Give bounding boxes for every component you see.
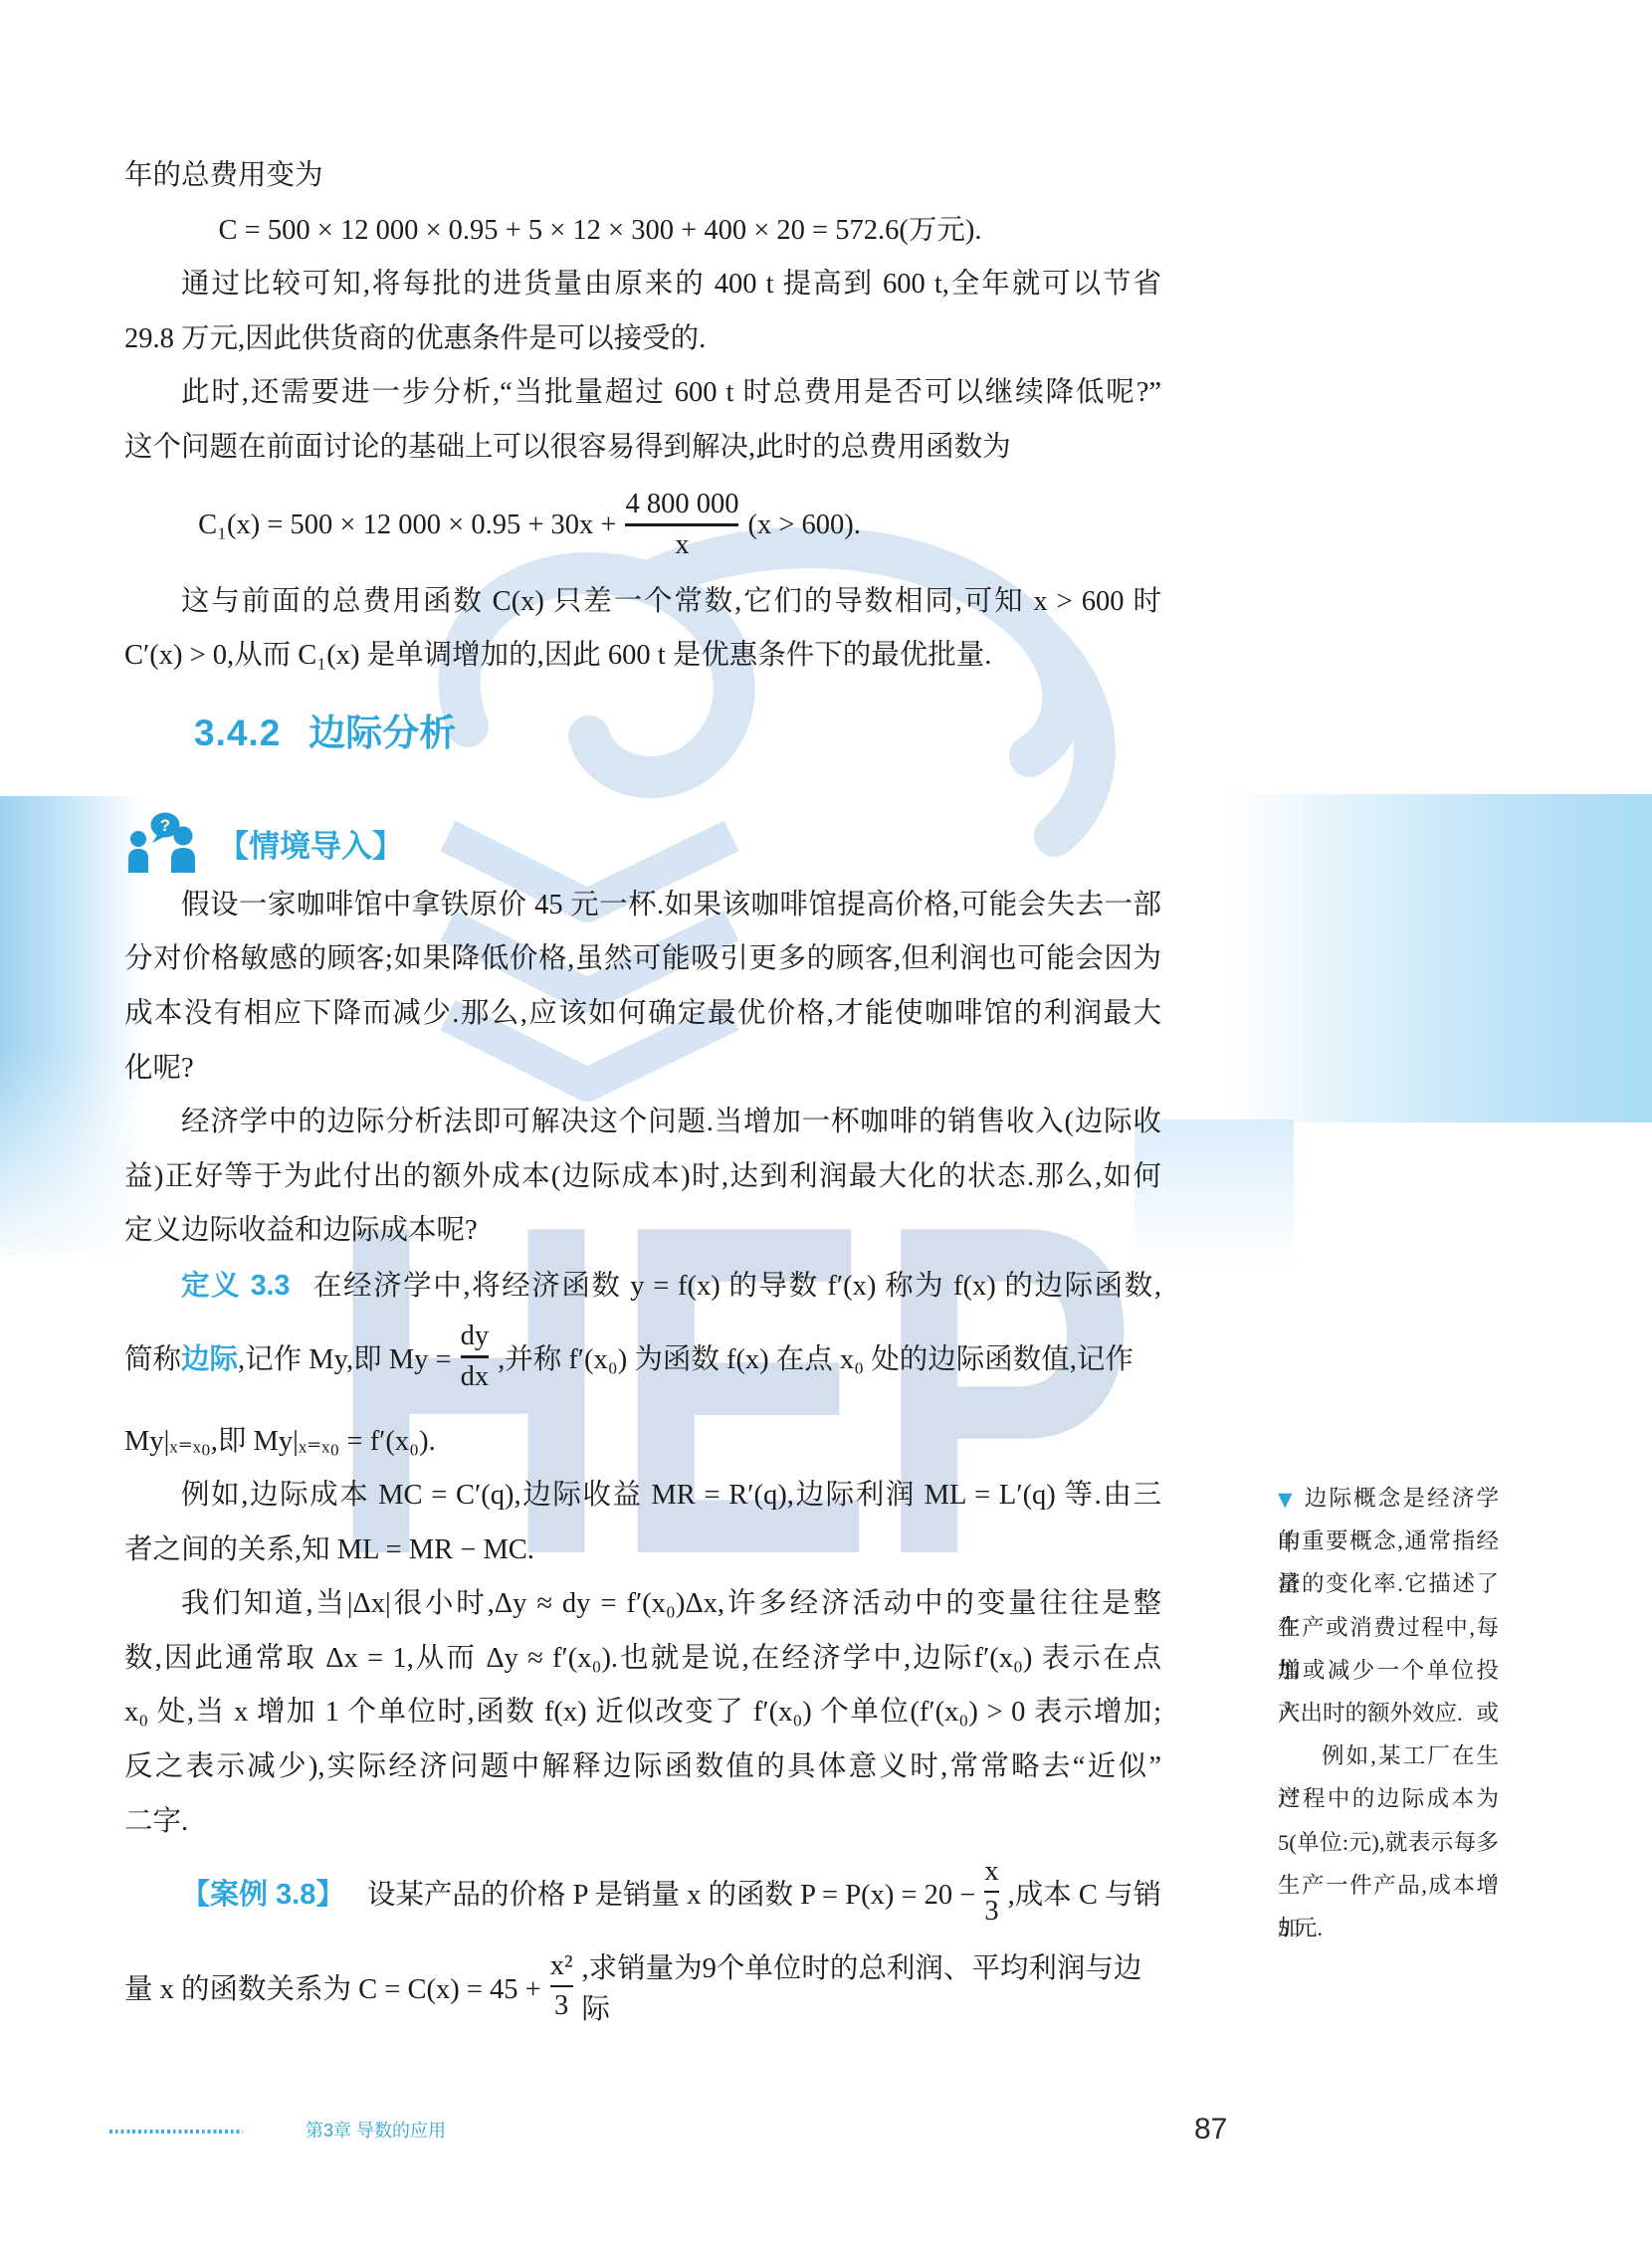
fraction-bar (461, 1355, 490, 1357)
margin-note-line: 5 元. (1278, 1907, 1499, 1949)
body-line: 此时,还需要进一步分析,“当批量超过 600 t 时总费用是否可以继续降低呢?” (124, 366, 1161, 421)
scenario-label: 【情境导入】 (218, 821, 403, 866)
display-formula-total-cost: C = 500 × 12 000 × 0.95 + 5 × 12 × 300 +… (124, 204, 1161, 259)
definition-text: ,并称 f′(x₀) 为函数 f(x) 在点 x₀ 处的边际函数值,记作 (498, 1336, 1134, 1377)
fraction-denominator: 3 (554, 1991, 568, 2021)
case-text: ,成本 C 与销 (1008, 1872, 1161, 1913)
case-study-line-1: 【案例 3.8】 设某产品的价格 P 是销量 x 的函数 P = P(x) = … (124, 1849, 1161, 1935)
section-heading: 3.4.2边际分析 (194, 706, 1161, 761)
notation-line: My|ₓ₌ₓ₀,即 My|ₓ₌ₓ₀ = f′(x₀). (124, 1415, 1161, 1470)
fraction: x 3 (984, 1857, 998, 1927)
decor-band-right (1224, 794, 1652, 1122)
body-line: 定义边际收益和边际成本呢? (124, 1204, 1161, 1259)
textbook-page: HEP 年的总费用变为 C = 500 × 12 000 × 0.95 + 5 … (0, 0, 1652, 2241)
section-title: 边际分析 (309, 713, 456, 753)
margin-note-line: 量的变化率.它描述了在 (1278, 1562, 1499, 1605)
body-line: 益)正好等于为此付出的额外成本(边际成本)时,达到利润最大化的状态.那么,如何 (124, 1150, 1161, 1205)
margin-note-line: 的重要概念,通常指经济 (1278, 1520, 1499, 1562)
body-line: x₀ 处,当 x 增加 1 个单位时,函数 f(x) 近似改变了 f′(x₀) … (124, 1686, 1161, 1740)
question-mark: ? (160, 816, 170, 835)
case-label: 【案例 3.8】 (181, 1872, 337, 1913)
body-line: 这个问题在前面讨论的基础上可以很容易得到解决,此时的总费用函数为 (124, 421, 1161, 476)
margin-note-line: 加或减少一个单位投入或 (1278, 1649, 1499, 1692)
fraction: dy dx (461, 1322, 490, 1391)
body-line: 分对价格敏感的顾客;如果降低价格,虽然可能吸引更多的顾客,但利润也可能会因为 (124, 932, 1161, 987)
body-line: 二字. (124, 1795, 1161, 1850)
body-line: 例如,边际成本 MC = C′(q),边际收益 MR = R′(q),边际利润 … (124, 1469, 1161, 1524)
footer-chapter: 第3章 导数的应用 (306, 2118, 446, 2143)
case-study-line-2: 量 x 的函数关系为 C = C(x) = 45 + x² 3 ,求销量为9个单… (124, 1940, 1161, 2032)
body-line: 29.8 万元,因此供货商的优惠条件是可以接受的. (124, 312, 1161, 367)
definition-text: 在经济学中,将经济函数 y = f(x) 的导数 f′(x) 称为 f(x) 的… (311, 1271, 1161, 1302)
body-line: 者之间的关系,知 ML = MR − MC. (124, 1524, 1161, 1578)
formula-tail: (x > 600). (747, 509, 860, 541)
margin-note: ▼边际概念是经济学中 的重要概念,通常指经济 量的变化率.它描述了在 生产或消费… (1278, 1477, 1499, 1949)
body-line: 年的总费用变为 (124, 149, 1161, 204)
dotted-rule (109, 2130, 243, 2134)
fraction-bar (550, 1985, 573, 1987)
body-line: 成本没有相应下降而减少.那么,应该如何确定最优价格,才能使咖啡馆的利润最大 (124, 987, 1161, 1042)
margin-note-line: 生产或消费过程中,每增 (1278, 1606, 1499, 1649)
scenario-intro-row: ? 【情境导入】 (124, 809, 1161, 879)
fraction-numerator: dy (461, 1322, 490, 1351)
body-line: 这与前面的总费用函数 C(x) 只差一个常数,它们的导数相同,可知 x > 60… (124, 575, 1161, 630)
body-line: 反之表示减少),实际经济问题中解释边际函数值的具体意义时,常常略去“近似” (124, 1740, 1161, 1795)
triangle-marker-icon: ▼ (1278, 1489, 1295, 1511)
fraction-bar (984, 1891, 998, 1893)
body-line: 化呢? (124, 1042, 1161, 1097)
section-number: 3.4.2 (194, 713, 281, 753)
fraction-bar (625, 523, 738, 525)
body-line: 我们知道,当|Δx|很小时,Δy ≈ dy = f′(x₀)Δx,许多经济活动中… (124, 1577, 1161, 1632)
definition-text: ,记作 My,即 My = (238, 1336, 452, 1377)
margin-note-line: 5(单位:元),就表示每多 (1278, 1821, 1499, 1864)
case-text: 量 x 的函数关系为 C = C(x) = 45 + (124, 1966, 541, 2007)
marginal-term: 边际 (181, 1336, 238, 1377)
definition-text: 简称 (124, 1336, 181, 1377)
page-number: 87 (1194, 2112, 1227, 2147)
body-line: C′(x) > 0,从而 C₁(x) 是单调增加的,因此 600 t 是优惠条件… (124, 629, 1161, 684)
fraction: x² 3 (550, 1951, 573, 2021)
fraction-numerator: x (984, 1857, 998, 1887)
body-line: 假设一家咖啡馆中拿铁原价 45 元一杯.如果该咖啡馆提高价格,可能会失去一部 (124, 879, 1161, 933)
people-question-icon: ? (124, 811, 206, 877)
body-line: 数,因此通常取 Δx = 1,从而 Δy ≈ f′(x₀).也就是说,在经济学中… (124, 1632, 1161, 1687)
case-text: 设某产品的价格 P 是销量 x 的函数 P = P(x) = 20 − (367, 1872, 975, 1913)
body-line: 通过比较可知,将每批的进货量由原来的 400 t 提高到 600 t,全年就可以… (124, 258, 1161, 312)
body-line: 经济学中的边际分析法即可解决这个问题.当增加一杯咖啡的销售收入(边际收 (124, 1096, 1161, 1150)
formula-lhs: C₁(x) = 500 × 12 000 × 0.95 + 30x + (198, 509, 616, 541)
right-person-head (174, 826, 193, 845)
display-formula-c1: C₁(x) = 500 × 12 000 × 0.95 + 30x + 4 80… (124, 476, 1161, 575)
main-text-column: 年的总费用变为 C = 500 × 12 000 × 0.95 + 5 × 12… (124, 149, 1161, 2032)
fraction: 4 800 000 x (625, 490, 738, 559)
fraction-denominator: 3 (984, 1897, 998, 1927)
fraction-denominator: dx (461, 1362, 490, 1392)
margin-note-line: 生产一件产品,成本增加 (1278, 1864, 1499, 1907)
right-person-body (171, 848, 195, 873)
fraction-numerator: x² (550, 1951, 573, 1981)
fraction-denominator: x (675, 530, 689, 560)
definition-label: 定义 3.3 (181, 1270, 290, 1302)
case-text: ,求销量为9个单位时的总利润、平均利润与边际 (582, 1945, 1161, 2027)
definition-line: 定义 3.3在经济学中,将经济函数 y = f(x) 的导数 f′(x) 称为 … (124, 1259, 1161, 1314)
left-person-head (130, 831, 146, 847)
margin-note-line: ▼边际概念是经济学中 (1278, 1477, 1499, 1520)
margin-note-line: 例如,某工厂在生产 (1278, 1734, 1499, 1777)
definition-marginal-line: 简称 边际 ,记作 My,即 My = dy dx ,并称 f′(x₀) 为函数… (124, 1314, 1161, 1401)
margin-note-line: 过程中的边际成本为 (1278, 1777, 1499, 1820)
left-person-body (128, 849, 148, 873)
fraction-numerator: 4 800 000 (625, 490, 738, 519)
